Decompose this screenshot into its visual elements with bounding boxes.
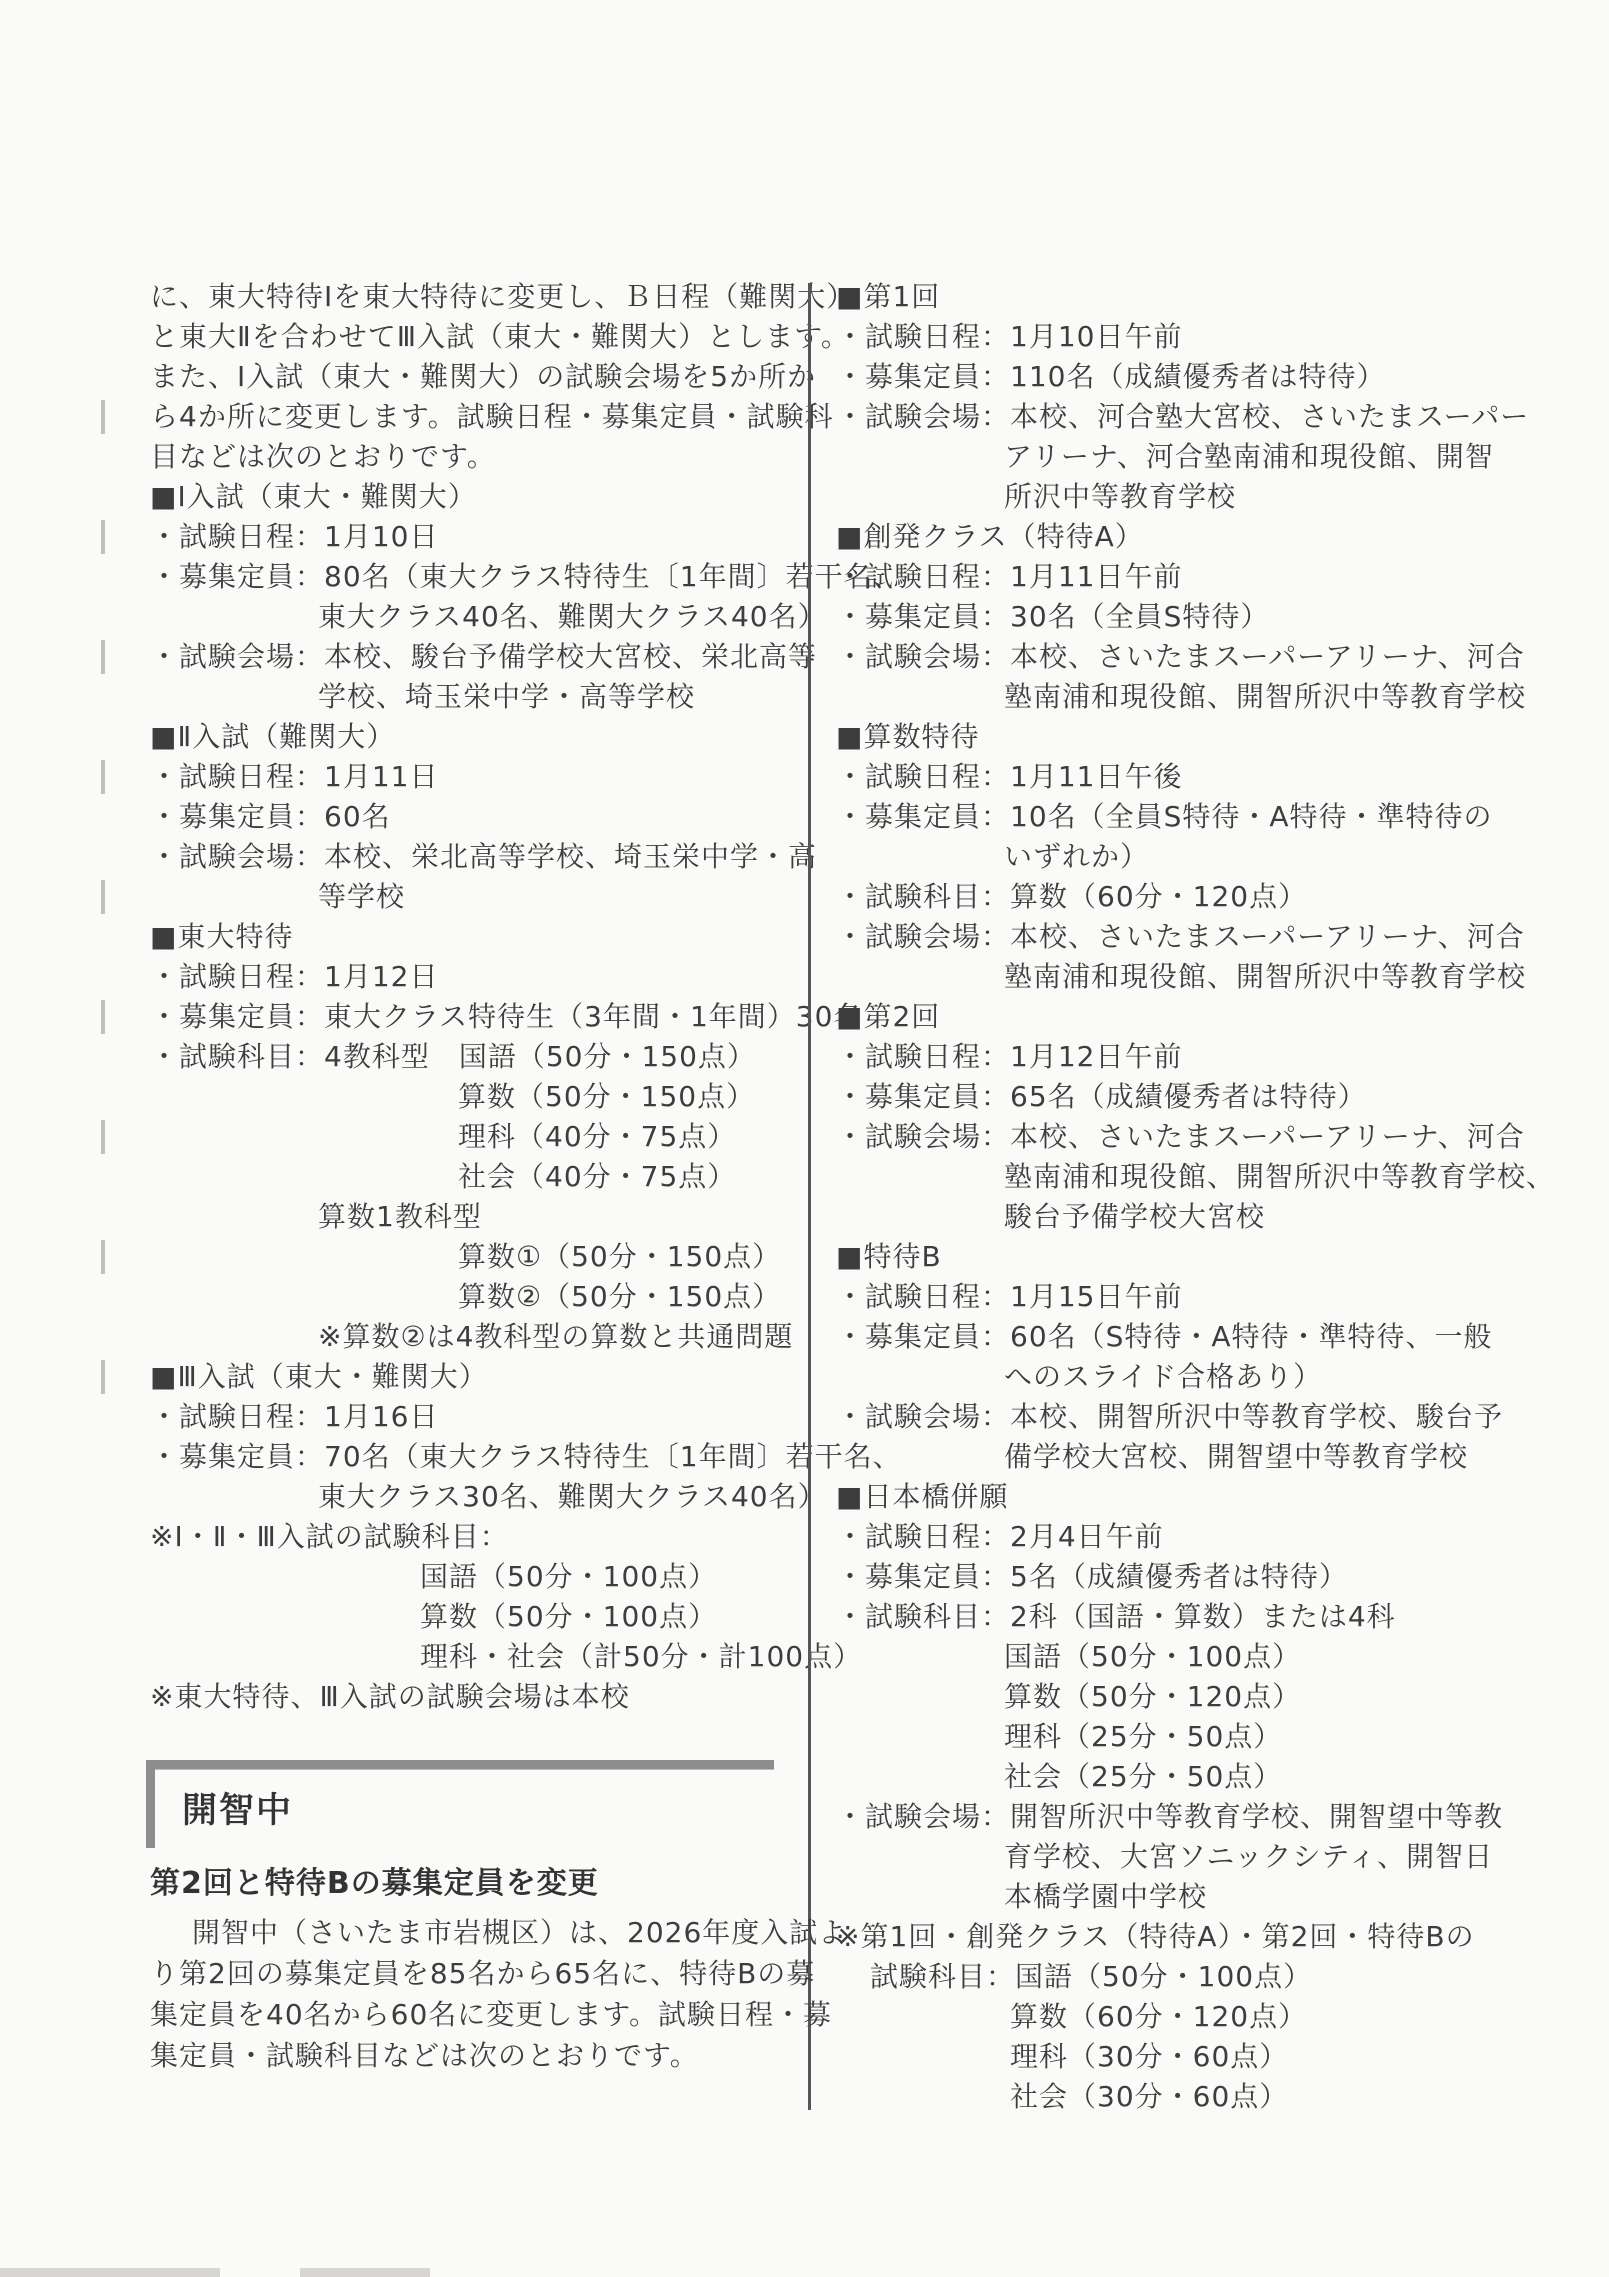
text-line: ※東大特待、Ⅲ入試の試験会場は本校 [150, 1677, 810, 1717]
scanned-article-page: に、東大特待Ⅰを東大特待に変更し、Ｂ日程（難関大）と東大Ⅱを合わせてⅢ入試（東大… [0, 0, 1609, 2277]
text-line: ・試験日程：1月10日午前 [836, 317, 1496, 357]
text-line: ・試験日程：1月12日午前 [836, 1037, 1496, 1077]
text-line: 集定員を40名から60名に変更します。試験日程・募 [150, 1994, 847, 2035]
text-line: ・募集定員：東大クラス特待生（3年間・1年間）30名 [150, 997, 810, 1037]
kaichi-box-top-rule [146, 1760, 774, 1769]
text-line: 国語（50分・100点） [150, 1557, 810, 1597]
text-line: ・試験日程：1月11日午前 [836, 557, 1496, 597]
text-line: アリーナ、河合塾南浦和現役館、開智 [836, 437, 1496, 477]
text-line: 塾南浦和現役館、開智所沢中等教育学校 [836, 957, 1496, 997]
text-line: いずれか） [836, 837, 1496, 877]
text-line: 算数（60分・120点） [836, 1997, 1496, 2037]
scan-fold-artifact [101, 400, 105, 1470]
text-line: 等学校 [150, 877, 810, 917]
text-line: ・試験科目：4教科型 国語（50分・150点） [150, 1037, 810, 1077]
text-line: ・試験会場：本校、栄北高等学校、埼玉栄中学・高 [150, 837, 810, 877]
text-line: 東大クラス30名、難関大クラス40名） [150, 1477, 810, 1517]
text-line: ■日本橋併願 [836, 1477, 1496, 1517]
text-line: 算数（50分・120点） [836, 1677, 1496, 1717]
text-line: 算数②（50分・150点） [150, 1277, 810, 1317]
text-line: 所沢中等教育学校 [836, 477, 1496, 517]
text-line: ・試験日程：1月11日午後 [836, 757, 1496, 797]
text-line: ・試験日程：2月4日午前 [836, 1517, 1496, 1557]
text-line: 塾南浦和現役館、開智所沢中等教育学校 [836, 677, 1496, 717]
kaichi-box-left-rule [146, 1760, 155, 1848]
text-line: 理科・社会（計50分・計100点） [150, 1637, 810, 1677]
text-line: ・試験日程：1月16日 [150, 1397, 810, 1437]
text-line: 備学校大宮校、開智望中等教育学校 [836, 1437, 1496, 1477]
text-line: 算数①（50分・150点） [150, 1237, 810, 1277]
text-line: ・募集定員：10名（全員S特待・A特待・準特待の [836, 797, 1496, 837]
text-line: ・募集定員：60名 [150, 797, 810, 837]
left-column: に、東大特待Ⅰを東大特待に変更し、Ｂ日程（難関大）と東大Ⅱを合わせてⅢ入試（東大… [150, 277, 810, 1717]
text-line: ・試験会場：開智所沢中等教育学校、開智望中等教 [836, 1797, 1496, 1837]
text-line: 理科（25分・50点） [836, 1717, 1496, 1757]
text-line: ・試験会場：本校、さいたまスーパーアリーナ、河合 [836, 637, 1496, 677]
text-line: 国語（50分・100点） [836, 1637, 1496, 1677]
right-column: ■第1回・試験日程：1月10日午前・募集定員：110名（成績優秀者は特待）・試験… [836, 277, 1496, 2117]
text-line: ・募集定員：5名（成績優秀者は特待） [836, 1557, 1496, 1597]
text-line: 社会（40分・75点） [150, 1157, 810, 1197]
text-line: 算数（50分・100点） [150, 1597, 810, 1637]
text-line: ・試験会場：本校、開智所沢中等教育学校、駿台予 [836, 1397, 1496, 1437]
text-line: ■東大特待 [150, 917, 810, 957]
text-line: ・試験日程：1月15日午前 [836, 1277, 1496, 1317]
text-line: ・募集定員：80名（東大クラス特待生〔1年間〕若干名、 [150, 557, 810, 597]
text-line: ・試験科目：2科（国語・算数）または4科 [836, 1597, 1496, 1637]
text-line: 開智中（さいたま市岩槻区）は、2026年度入試よ [150, 1912, 847, 1953]
text-line: 学校、埼玉栄中学・高等学校 [150, 677, 810, 717]
text-line: ・募集定員：60名（S特待・A特待・準特待、一般 [836, 1317, 1496, 1357]
text-line: 東大クラス40名、難関大クラス40名） [150, 597, 810, 637]
column-divider-rule [808, 283, 811, 2110]
text-line: ・試験日程：1月11日 [150, 757, 810, 797]
text-line: 塾南浦和現役館、開智所沢中等教育学校、 [836, 1157, 1496, 1197]
text-line: り第2回の募集定員を85名から65名に、特待Bの募 [150, 1953, 847, 1994]
text-line: ら4か所に変更します。試験日程・募集定員・試験科 [150, 397, 810, 437]
text-line: ※第1回・創発クラス（特待A）・第2回・特待Bの [836, 1917, 1496, 1957]
text-line: ・試験会場：本校、河合塾大宮校、さいたまスーパー [836, 397, 1496, 437]
text-line: 社会（25分・50点） [836, 1757, 1496, 1797]
text-line: ・募集定員：30名（全員S特待） [836, 597, 1496, 637]
text-line: ■算数特待 [836, 717, 1496, 757]
text-line: ・試験会場：本校、さいたまスーパーアリーナ、河合 [836, 1117, 1496, 1157]
kaichi-paragraph: 開智中（さいたま市岩槻区）は、2026年度入試より第2回の募集定員を85名から6… [150, 1912, 847, 2076]
text-line: ■特待B [836, 1237, 1496, 1277]
kaichi-section-title: 開智中 [182, 1783, 293, 1833]
text-line: ■創発クラス（特待A） [836, 517, 1496, 557]
text-line: ※Ⅰ・Ⅱ・Ⅲ入試の試験科目： [150, 1517, 810, 1557]
text-line: 試験科目：国語（50分・100点） [836, 1957, 1496, 1997]
text-line: 目などは次のとおりです。 [150, 437, 810, 477]
text-line: 育学校、大宮ソニックシティ、開智日 [836, 1837, 1496, 1877]
text-line: ■Ⅲ入試（東大・難関大） [150, 1357, 810, 1397]
text-line: 理科（30分・60点） [836, 2037, 1496, 2077]
text-line: ■Ⅱ入試（難関大） [150, 717, 810, 757]
text-line: ・募集定員：70名（東大クラス特待生〔1年間〕若干名、 [150, 1437, 810, 1477]
text-line: 本橋学園中学校 [836, 1877, 1496, 1917]
text-line: 駿台予備学校大宮校 [836, 1197, 1496, 1237]
text-line: ※算数②は4教科型の算数と共通問題 [150, 1317, 810, 1357]
text-line: ■第2回 [836, 997, 1496, 1037]
scan-edge-smudge [0, 2268, 430, 2277]
text-line: ・試験日程：1月10日 [150, 517, 810, 557]
text-line: ■Ⅰ入試（東大・難関大） [150, 477, 810, 517]
text-line: 理科（40分・75点） [150, 1117, 810, 1157]
text-line: と東大Ⅱを合わせてⅢ入試（東大・難関大）とします。 [150, 317, 810, 357]
text-line: ■第1回 [836, 277, 1496, 317]
text-line: ・試験会場：本校、駿台予備学校大宮校、栄北高等 [150, 637, 810, 677]
kaichi-subheading: 第2回と特待Bの募集定員を変更 [150, 1858, 599, 1902]
text-line: 集定員・試験科目などは次のとおりです。 [150, 2035, 847, 2076]
text-line: に、東大特待Ⅰを東大特待に変更し、Ｂ日程（難関大） [150, 277, 810, 317]
text-line: 社会（30分・60点） [836, 2077, 1496, 2117]
text-line: へのスライド合格あり） [836, 1357, 1496, 1397]
text-line: 算数（50分・150点） [150, 1077, 810, 1117]
text-line: ・試験日程：1月12日 [150, 957, 810, 997]
text-line: ・試験会場：本校、さいたまスーパーアリーナ、河合 [836, 917, 1496, 957]
text-line: ・募集定員：65名（成績優秀者は特待） [836, 1077, 1496, 1117]
text-line: 算数1教科型 [150, 1197, 810, 1237]
text-line: また、Ⅰ入試（東大・難関大）の試験会場を5か所か [150, 357, 810, 397]
text-line: ・募集定員：110名（成績優秀者は特待） [836, 357, 1496, 397]
text-line: ・試験科目：算数（60分・120点） [836, 877, 1496, 917]
